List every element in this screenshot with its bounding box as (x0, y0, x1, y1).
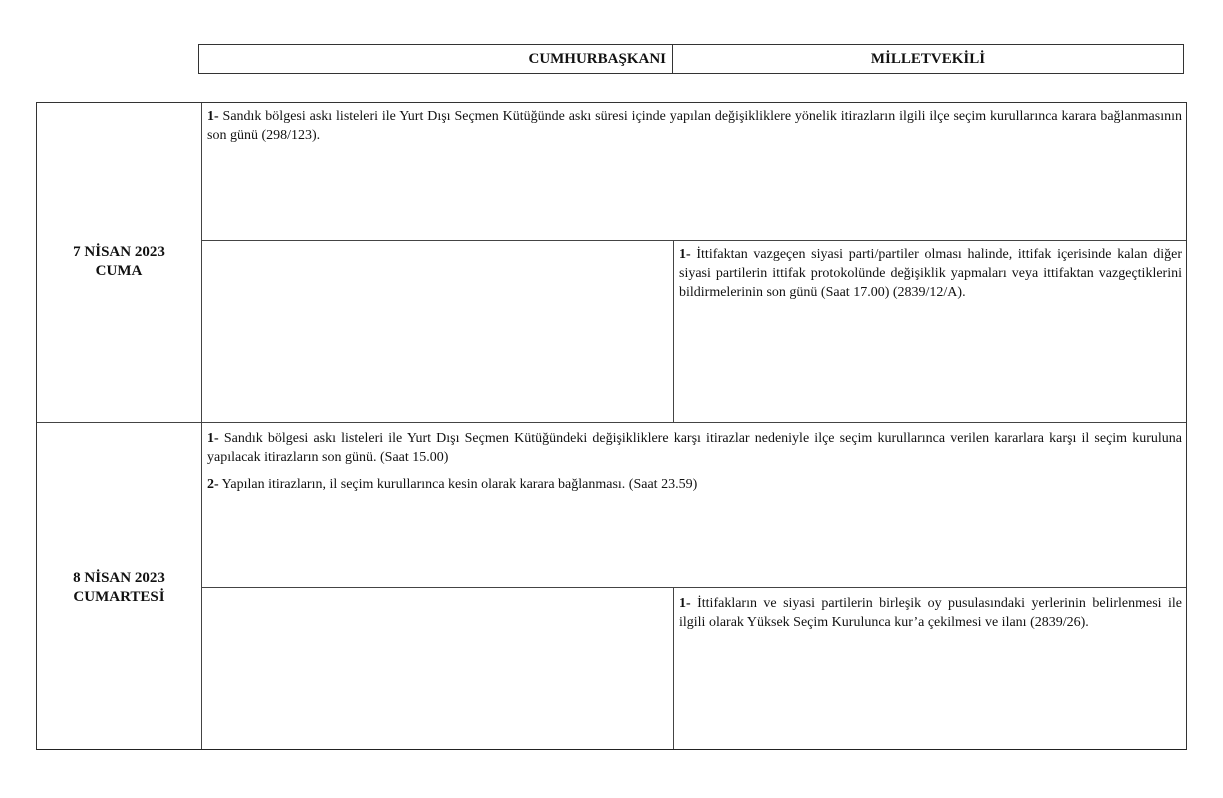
day-divider (37, 422, 1186, 423)
day1-date: 7 NİSAN 2023 (37, 243, 201, 262)
schedule-table: 7 NİSAN 2023 CUMA 1- Sandık bölgesi askı… (36, 102, 1187, 750)
day1-weekday: CUMA (37, 262, 201, 281)
day2-milletvekili-items: 1- İttifakların ve siyasi partilerin bir… (679, 594, 1182, 632)
day2-shared-items: 1- Sandık bölgesi askı listeleri ile Yur… (207, 429, 1182, 502)
day1-date-cell: 7 NİSAN 2023 CUMA (37, 243, 201, 281)
header-milletvekili: MİLLETVEKİLİ (673, 45, 1183, 73)
day2-date-cell: 8 NİSAN 2023 CUMARTESİ (37, 569, 201, 607)
day1-milletvekili-item-1: 1- İttifaktan vazgeçen siyasi parti/part… (679, 245, 1182, 302)
day2-split-line (201, 587, 1186, 588)
day1-split-line (201, 240, 1186, 241)
date-column-divider (201, 103, 202, 749)
day1-shared-items: 1- Sandık bölgesi askı listeleri ile Yur… (207, 107, 1182, 153)
day2-shared-item-2: 2- Yapılan itirazların, il seçim kurulla… (207, 475, 1182, 494)
day2-column-divider (673, 587, 674, 749)
header-cumhurbaskani: CUMHURBAŞKANI (199, 45, 673, 73)
column-header: CUMHURBAŞKANI MİLLETVEKİLİ (198, 44, 1184, 74)
day1-milletvekili-items: 1- İttifaktan vazgeçen siyasi parti/part… (679, 245, 1182, 302)
day2-weekday: CUMARTESİ (37, 588, 201, 607)
day1-column-divider (673, 240, 674, 422)
day2-date: 8 NİSAN 2023 (37, 569, 201, 588)
day2-milletvekili-item-1: 1- İttifakların ve siyasi partilerin bir… (679, 594, 1182, 632)
day2-shared-item-1: 1- Sandık bölgesi askı listeleri ile Yur… (207, 429, 1182, 467)
day1-shared-item-1: 1- Sandık bölgesi askı listeleri ile Yur… (207, 107, 1182, 145)
